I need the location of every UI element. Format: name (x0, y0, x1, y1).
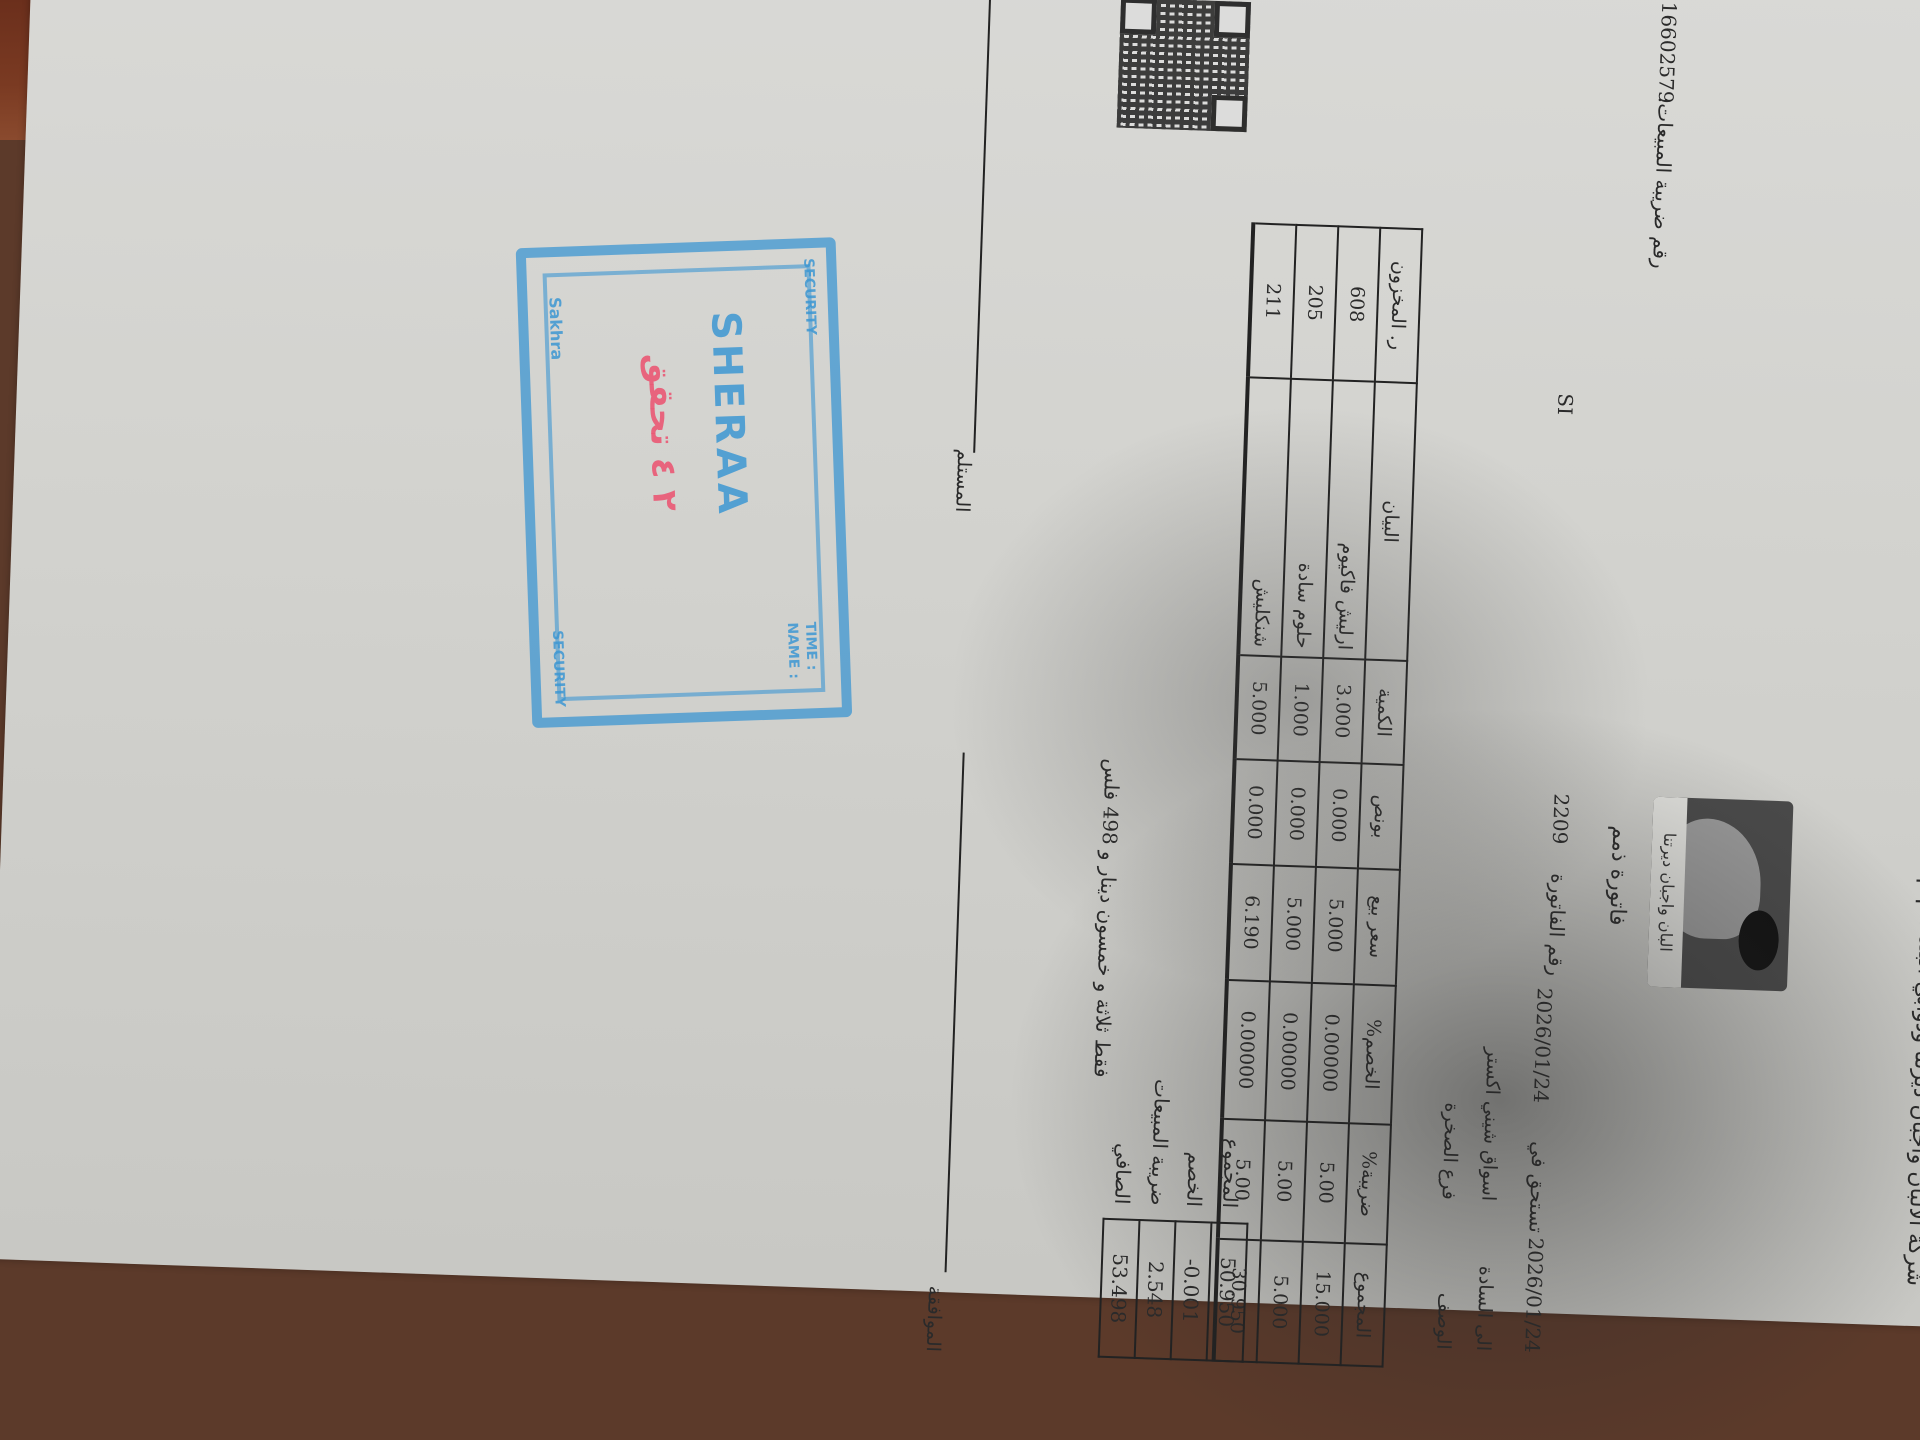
customer-label: الى السادة (1472, 1266, 1497, 1352)
qr-finder-icon (1120, 0, 1157, 35)
header-quantity: الكمية (1362, 660, 1408, 766)
row-price: 5.000 (1270, 865, 1316, 983)
tax-number-label: رقم ضريبة المبيعات: (1648, 96, 1678, 269)
row-total: 15.000 (1299, 1242, 1345, 1365)
receiver-signature-line (973, 0, 994, 453)
row-stock-code: 205 (1291, 225, 1338, 381)
invoice-date: 2026/01/24 (1529, 987, 1557, 1103)
approval-label: الموافقة (922, 1285, 946, 1352)
document-type: فاتورة ذمم (1604, 825, 1632, 926)
header-bonus: بونص (1358, 764, 1404, 870)
row-bonus: 0.000 (1274, 761, 1320, 867)
handwritten-note: ٢ ٤ تحقق (639, 353, 684, 512)
stamp-security-text: SECURITY (549, 630, 568, 707)
qr-code (1117, 0, 1251, 132)
row-tax: 5.00 (1303, 1122, 1349, 1244)
stamp-site: Sakhra (545, 297, 566, 361)
row-bonus: 0.000 (1316, 762, 1362, 868)
receiver-label: المستلم (951, 448, 975, 512)
row-quantity: 3.000 (1320, 658, 1366, 764)
row-stock-code: 608 (1333, 226, 1380, 382)
row-bonus: 0.000 (1231, 759, 1278, 865)
header-price: سعر بيع (1354, 868, 1400, 986)
company-name: شركة الألبان واجبان ديرتنا ودوابي البلد … (1902, 878, 1920, 1287)
branch-name: فرع الصخرة (1437, 1102, 1462, 1200)
header-total: المجموع (1341, 1244, 1387, 1367)
header-tax: ضريبة% (1345, 1123, 1391, 1245)
stamp-security-text: SECURITY (800, 258, 819, 335)
row-tax: 5.00 (1261, 1120, 1307, 1242)
photo-frame: شركة الألبان واجبان ديرتنا ودوابي البلد … (0, 0, 1920, 1440)
invoice-series: SI (1553, 393, 1578, 415)
subtotal-value: 50.950 (1207, 1223, 1248, 1362)
stamp-fields: TIME : NAME : (783, 621, 821, 679)
invoice-number-label: رقم الفاتورة (1543, 873, 1571, 977)
company-logo: البان واجبان ديرتنا (1647, 797, 1794, 992)
logo-text: البان واجبان ديرتنا (1647, 797, 1688, 988)
customer-name: اسواق شيني اكستر (1477, 1047, 1504, 1202)
net-value: 53.498 (1099, 1219, 1140, 1358)
discount-value: -0.001 (1171, 1221, 1212, 1360)
due-date: 2026/01/24 (1520, 1237, 1548, 1353)
sales-tax-value: 2.548 (1135, 1220, 1176, 1359)
row-discount: 0.00000 (1307, 983, 1354, 1123)
totals-table: 50.950 المجموع -0.001 الخصم 2.548 ضريبة … (1098, 928, 1259, 1363)
stamp-brand: SHERAA (702, 310, 755, 518)
due-date-label: تستحق في (1524, 1141, 1551, 1233)
header-stock-code: ر. المخزون (1375, 228, 1422, 384)
tax-number: 16602579 (1654, 1, 1682, 104)
invoice-sheet: شركة الألبان واجبان ديرتنا ودوابي البلد … (0, 0, 1920, 1327)
row-price: 5.000 (1312, 867, 1358, 985)
row-discount: 0.00000 (1265, 981, 1312, 1121)
security-stamp: SECURITY TIME : NAME : SHERAA ٢ ٤ تحقق S… (516, 237, 853, 728)
row-stock-code: 211 (1248, 223, 1296, 379)
qr-finder-icon (1211, 95, 1248, 132)
invoice-number: 2209 (1548, 793, 1574, 845)
row-quantity: 1.000 (1278, 657, 1324, 763)
logo-figure-icon (1738, 910, 1780, 971)
row-quantity: 5.000 (1235, 655, 1282, 761)
approval-signature-line (945, 753, 965, 1273)
description-label: الوصف (1432, 1293, 1456, 1350)
header-discount: الخصم% (1349, 984, 1396, 1124)
qr-finder-icon (1214, 1, 1251, 38)
row-total: 5.000 (1257, 1241, 1303, 1364)
